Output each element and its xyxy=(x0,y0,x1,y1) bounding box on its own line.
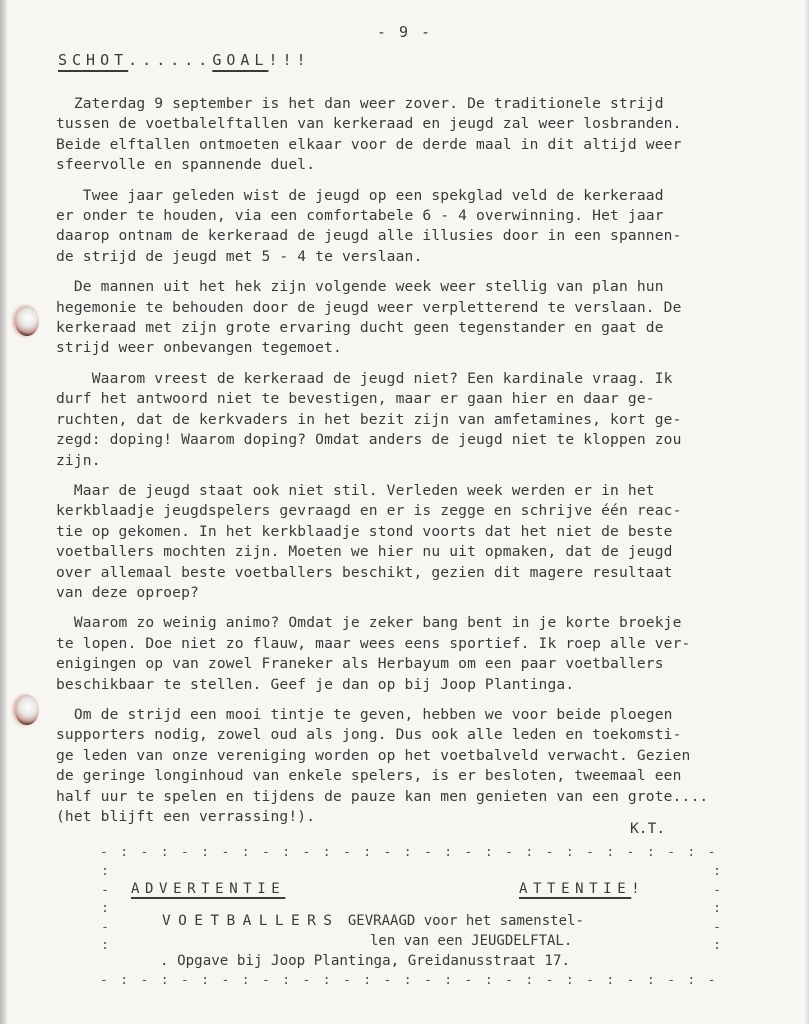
text-line: Zaterdag 9 september is het dan weer zov… xyxy=(56,94,786,114)
heading-goal: GOAL xyxy=(212,51,268,69)
paragraph: Waarom vreest de kerkeraad de jeugd niet… xyxy=(56,369,786,471)
text-line: Maar de jeugd staat ook niet stil. Verle… xyxy=(56,481,786,501)
text-line: sfeervolle en spannende duel. xyxy=(56,155,786,175)
text-line: durf het antwoord niet te bevestigen, ma… xyxy=(56,389,786,409)
text-line: supporters nodig, zowel oud als jong. Du… xyxy=(56,725,786,745)
text-line: daarop ontnam de kerkeraad de jeugd alle… xyxy=(56,226,786,246)
ad-line-2: len van een JEUGDELFTAL. xyxy=(370,933,572,949)
text-line: zijn. xyxy=(56,451,786,471)
ad-border-right: : - : - : xyxy=(712,863,722,956)
heading-schot: SCHOT xyxy=(58,51,128,69)
ad-line-3: . Opgave bij Joop Plantinga, Greidanusst… xyxy=(160,953,570,969)
paragraph: Twee jaar geleden wist de jeugd op een s… xyxy=(56,186,786,268)
article-body: Zaterdag 9 september is het dan weer zov… xyxy=(56,94,786,837)
text-line: er onder te houden, via een comfortabele… xyxy=(56,206,786,226)
ad-line-1: VOETBALLERS GEVRAAGD voor het samenstel- xyxy=(162,913,584,929)
paragraph: Zaterdag 9 september is het dan weer zov… xyxy=(56,94,786,176)
text-line: half uur te spelen en tijdens de pauze k… xyxy=(56,787,786,807)
text-line: Waarom vreest de kerkeraad de jeugd niet… xyxy=(56,369,786,389)
text-line: strijd weer onbevangen tegemoet. xyxy=(56,338,786,358)
text-line: hegemonie te behouden door de jeugd weer… xyxy=(56,298,786,318)
punch-hole xyxy=(15,306,39,336)
paragraph: Waarom zo weinig animo? Omdat je zeker b… xyxy=(56,613,786,695)
text-line: Om de strijd een mooi tintje te geven, h… xyxy=(56,705,786,725)
punch-hole xyxy=(15,695,39,725)
signature: K.T. xyxy=(630,820,665,837)
text-line: voetballers mochten zijn. Moeten we hier… xyxy=(56,542,786,562)
page-left-edge xyxy=(0,0,7,1024)
text-line: kerkeraad met zijn grote ervaring ducht … xyxy=(56,318,786,338)
ad-border-top: - : - : - : - : - : - : - : - : - : - : … xyxy=(100,845,722,860)
text-line: over allemaal beste voetballers beschikt… xyxy=(56,563,786,583)
text-line: ge leden van onze vereniging worden op h… xyxy=(56,746,786,766)
paragraph: Maar de jeugd staat ook niet stil. Verle… xyxy=(56,481,786,603)
text-line: te lopen. Doe niet zo flauw, maar wees e… xyxy=(56,634,786,654)
text-line: ruchten, dat de kerkvaders in het bezit … xyxy=(56,410,786,430)
text-line: de strijd de jeugd met 5 - 4 te verslaan… xyxy=(56,247,786,267)
text-line: enigingen op van zowel Franeker als Herb… xyxy=(56,654,786,674)
paragraph: Om de strijd een mooi tintje te geven, h… xyxy=(56,705,786,827)
text-line: (het blijft een verrassing!). xyxy=(56,807,786,827)
text-line: de geringe longinhoud van enkele spelers… xyxy=(56,766,786,786)
paragraph: De mannen uit het hek zijn volgende week… xyxy=(56,277,786,359)
text-line: zegd: doping! Waarom doping? Omdat ander… xyxy=(56,430,786,450)
text-line: beschikbaar te stellen. Geef je dan op b… xyxy=(56,675,786,695)
page-number: - 9 - xyxy=(0,23,809,41)
text-line: De mannen uit het hek zijn volgende week… xyxy=(56,277,786,297)
ad-voetballers: VOETBALLERS xyxy=(162,913,339,929)
ad-title-attentie-mark: ! xyxy=(631,881,645,897)
text-line: tie op gekomen. In het kerkblaadje stond… xyxy=(56,522,786,542)
heading-exclaim: !!! xyxy=(268,51,310,69)
text-line: kerkblaadje jeugdspelers gevraagd en er … xyxy=(56,501,786,521)
ad-title-attentie: ATTENTIE! xyxy=(519,881,645,897)
ad-title-advertentie: ADVERTENTIE xyxy=(131,881,285,897)
text-line: Twee jaar geleden wist de jeugd op een s… xyxy=(56,186,786,206)
ad-gevraagd: GEVRAAGD voor het samenstel- xyxy=(339,913,583,929)
text-line: Beide elftallen ontmoeten elkaar voor de… xyxy=(56,135,786,155)
article-heading: SCHOT......GOAL!!! xyxy=(58,51,311,69)
page-right-edge xyxy=(805,0,809,1024)
text-line: tussen de voetbalelftallen van kerkeraad… xyxy=(56,114,786,134)
ad-border-left: : - : - : xyxy=(100,863,110,956)
ad-title-attentie-text: ATTENTIE xyxy=(519,881,631,897)
heading-dots: ...... xyxy=(128,51,212,69)
ad-border-bottom: - : - : - : - : - : - : - : - : - : - : … xyxy=(100,973,722,988)
text-line: Waarom zo weinig animo? Omdat je zeker b… xyxy=(56,613,786,633)
text-line: van deze oproep? xyxy=(56,583,786,603)
